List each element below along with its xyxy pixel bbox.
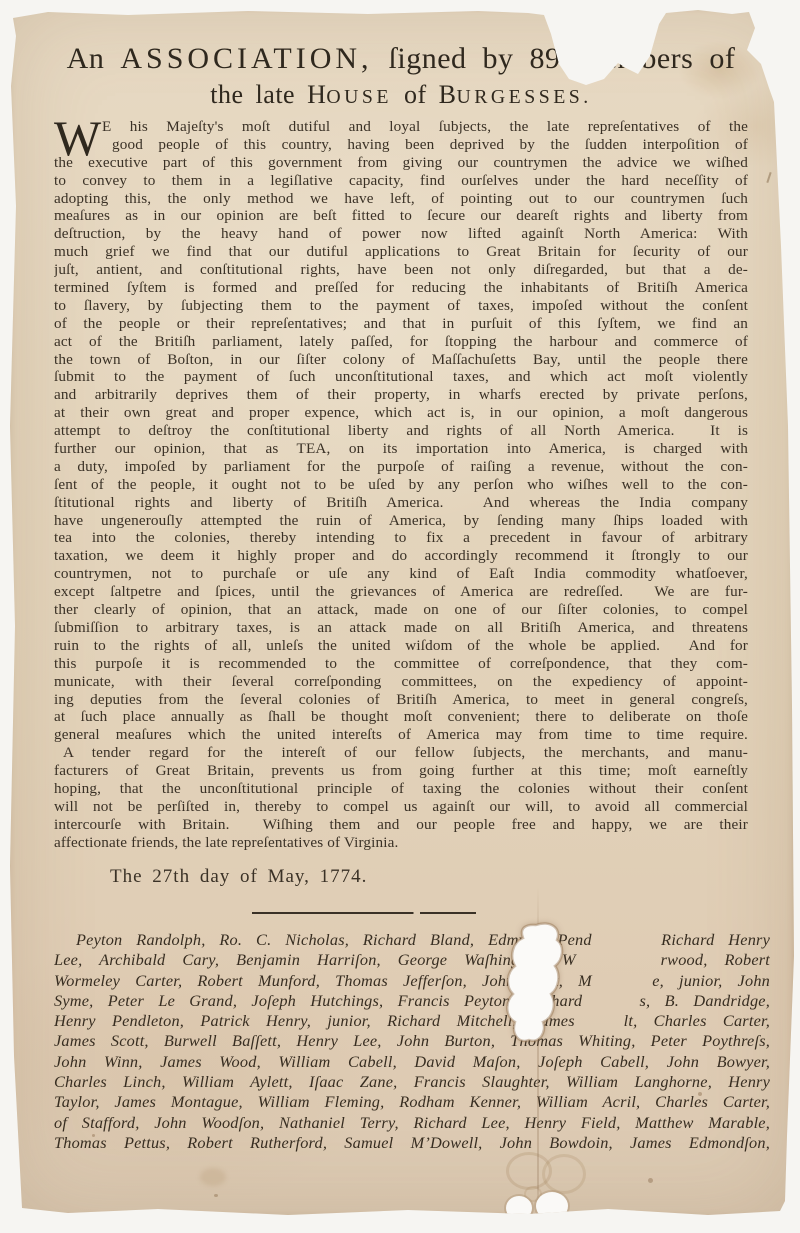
body-text-line: and arbitrarily deprives them of their p… — [54, 386, 748, 404]
signature-line: Syme, Peter Le Grand, Joſeph Hutchings, … — [54, 991, 770, 1011]
title-of: of — [404, 80, 427, 109]
body-text-line: hoping, that the unconſtitutional princi… — [54, 780, 748, 798]
body-text-line: ruin to the rights of all, unleſs the un… — [54, 637, 748, 655]
body-text-line: termined ſyſtem is formed and preſſed fo… — [54, 279, 748, 297]
document-content: An ASSOCIATION, ſigned by 89 Members of … — [8, 6, 794, 1218]
signature-line: James Scott, Burwell Baſſett, Henry Lee,… — [54, 1031, 770, 1051]
body-text-line: to ſlavery, by ſubjecting them to the pa… — [54, 297, 748, 315]
body-text-line: countrymen, not to purchaſe or uſe any k… — [54, 565, 748, 583]
title-house-initial: H — [307, 80, 326, 109]
body-lines: E his Majeſty's moſt dutiful and loyal ſ… — [54, 118, 748, 852]
body-text-line: a duty, impoſed by parliament for the pu… — [54, 458, 748, 476]
body-text-line: will not be perſiſted in, thereby to com… — [54, 798, 748, 816]
document-title: An ASSOCIATION, ſigned by 89 Members of … — [8, 42, 794, 110]
body-text-line: taxation, we deem it highly proper and d… — [54, 547, 748, 565]
body-text-line: ther clearly of opinion, that an attack,… — [54, 601, 748, 619]
body-text-line: facturers of Great Britain, prevents us … — [54, 762, 748, 780]
signature-line: Lee, Archibald Cary, Benjamin Harriſon, … — [54, 950, 770, 970]
body-text-line: the executive part of this government fr… — [54, 154, 748, 172]
title-the-late: the late — [210, 80, 295, 109]
body-text-line: attempt to deſtroy the conſtitutional li… — [54, 422, 748, 440]
signature-line: Peyton Randolph, Ro. C. Nicholas, Richar… — [54, 930, 770, 950]
signature-line: Charles Linch, William Aylett, Iſaac Zan… — [54, 1072, 770, 1092]
torn-hole-bottom-right — [536, 1192, 568, 1220]
signature-line: of Stafford, John Woodſon, Nathaniel Ter… — [54, 1113, 770, 1133]
body-text-line: intercourſe with Britain. Wiſhing them a… — [54, 816, 748, 834]
body-text-line: at their own great and proper expence, w… — [54, 404, 748, 422]
signature-line: Taylor, James Montague, William Fleming,… — [54, 1092, 770, 1112]
signature-line: Henry Pendleton, Patrick Henry, junior, … — [54, 1011, 770, 1031]
speck-mark — [214, 1194, 218, 1197]
speck-mark — [648, 1178, 653, 1183]
signature-line: Thomas Pettus, Robert Rutherford, Samuel… — [54, 1133, 770, 1153]
body-text-line: much grief we find that our dutiful appl… — [54, 243, 748, 261]
body-text-line: A tender regard for the intereſt of our … — [54, 744, 748, 762]
drop-cap-w: W — [54, 120, 101, 156]
body-text-line: to convey to them in a legiſlative capac… — [54, 172, 748, 190]
body-text-line: except ſaltpetre and ſpices, until the g… — [54, 583, 748, 601]
title-burgesses-smallcaps: URGESSES. — [456, 86, 591, 108]
body-text-line: ſubmiſſion to arbitrary taxes, is an att… — [54, 619, 748, 637]
pen-mark — [766, 172, 771, 183]
body-text-line: general meaſures which the united intere… — [54, 726, 748, 744]
body-text-line: meaſures as in our opinion are beſt fitt… — [54, 207, 748, 225]
torn-hole-middle — [498, 921, 586, 1047]
body-text-line: ſent of the people, it ought not to be u… — [54, 476, 748, 494]
body-text-line: at ſuch place annually as ſhall be thoug… — [54, 708, 748, 726]
body-text-line: adopting this, the only method we have l… — [54, 190, 748, 208]
stain-ring — [542, 1154, 586, 1194]
title-burgesses-initial: B — [439, 80, 457, 109]
signature-block: Peyton Randolph, Ro. C. Nicholas, Richar… — [54, 930, 770, 1153]
body-text-line: ſubmit to the payment of ſuch unconſtitu… — [54, 368, 748, 386]
title-word-an: An — [67, 42, 105, 75]
speck-mark — [546, 1064, 549, 1067]
body-text-line: this purpoſe it is recommended to the co… — [54, 655, 748, 673]
torn-hole-bottom-left — [506, 1196, 532, 1220]
speck-mark — [698, 1092, 702, 1096]
body-text-line: affectionate friends, the late repreſent… — [54, 834, 748, 852]
speck-mark — [92, 1134, 95, 1137]
body-text-block: W E his Majeſty's moſt dutiful and loyal… — [54, 118, 748, 852]
title-line-1: An ASSOCIATION, ſigned by 89 Members of — [8, 42, 794, 76]
body-text-line: of the people or their repreſentatives; … — [54, 315, 748, 333]
body-text-line: tea into the colonies, thereby intending… — [54, 529, 748, 547]
body-text-line: deſtruction, by the heavy hand of power … — [54, 225, 748, 243]
body-text-line: further our opinion, that as TEA, on its… — [54, 440, 748, 458]
body-text-line: act of the Britiſh parliament, lately pa… — [54, 333, 748, 351]
torn-hole-top — [546, 2, 656, 84]
broadside-document: An ASSOCIATION, ſigned by 89 Members of … — [8, 6, 794, 1218]
body-text-line: the town of Boſton, in our ſiſter colony… — [54, 351, 748, 369]
title-line-2: the late HOUSE of BURGESSES. — [8, 80, 794, 110]
body-text-line: E his Majeſty's moſt dutiful and loyal ſ… — [54, 118, 748, 136]
signature-line: John Winn, James Wood, William Cabell, D… — [54, 1052, 770, 1072]
divider-rule — [252, 912, 476, 914]
body-text-line: municate, with their ſeveral correſpondi… — [54, 673, 748, 691]
body-text-line: ſtitutional rights and liberty of Britiſ… — [54, 494, 748, 512]
body-text-line: juſt, antient, and conſtitutional rights… — [54, 261, 748, 279]
title-word-association: ASSOCIATION, — [120, 42, 372, 75]
signature-line: Wormeley Carter, Robert Munford, Thomas … — [54, 971, 770, 991]
body-text-line: good people of this country, having been… — [54, 136, 748, 154]
stain-mark — [200, 1168, 226, 1186]
title-house-smallcaps: OUSE — [326, 86, 392, 108]
date-line: The 27th day of May, 1774. — [110, 866, 367, 888]
body-text-line: ing deputies from the ſeveral colonies o… — [54, 691, 748, 709]
body-text-line: have ungenerouſly attempted the ruin of … — [54, 512, 748, 530]
